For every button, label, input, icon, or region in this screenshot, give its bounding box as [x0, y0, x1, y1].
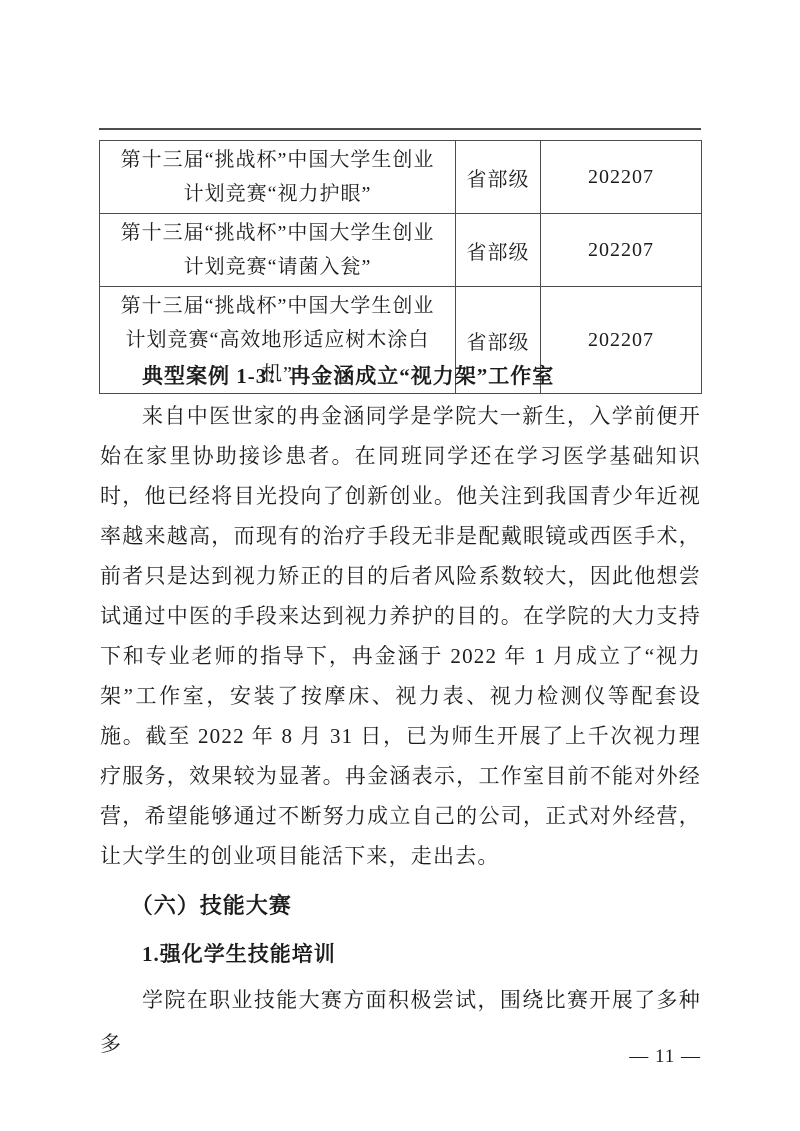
section-heading: （六）技能大赛 [100, 882, 701, 930]
page-number: — 11 — [99, 1046, 701, 1068]
document-page: 第十三届“挑战杯”中国大学生创业计划竞赛“视力护眼” 省部级 202207 第十… [0, 0, 800, 1131]
award-level-cell: 省部级 [456, 141, 541, 214]
table-row: 第十三届“挑战杯”中国大学生创业计划竞赛“请菌入瓮” 省部级 202207 [100, 214, 702, 287]
subsection-heading: 1.强化学生技能培训 [100, 930, 701, 978]
content-block: 典型案例 1-3：冉金涵成立“视力架”工作室 来自中医世家的冉金涵同学是学院大一… [100, 356, 701, 1066]
table-continuation-line [99, 128, 701, 130]
award-level-cell: 省部级 [456, 214, 541, 287]
award-date-cell: 202207 [541, 141, 702, 214]
award-date-cell: 202207 [541, 214, 702, 287]
table-row: 第十三届“挑战杯”中国大学生创业计划竞赛“视力护眼” 省部级 202207 [100, 141, 702, 214]
award-name-cell: 第十三届“挑战杯”中国大学生创业计划竞赛“请菌入瓮” [100, 214, 456, 287]
award-name-cell: 第十三届“挑战杯”中国大学生创业计划竞赛“视力护眼” [100, 141, 456, 214]
case-study-paragraph: 来自中医世家的冉金涵同学是学院大一新生，入学前便开始在家里协助接诊患者。在同班同… [100, 396, 701, 876]
case-study-heading: 典型案例 1-3：冉金涵成立“视力架”工作室 [100, 356, 701, 396]
